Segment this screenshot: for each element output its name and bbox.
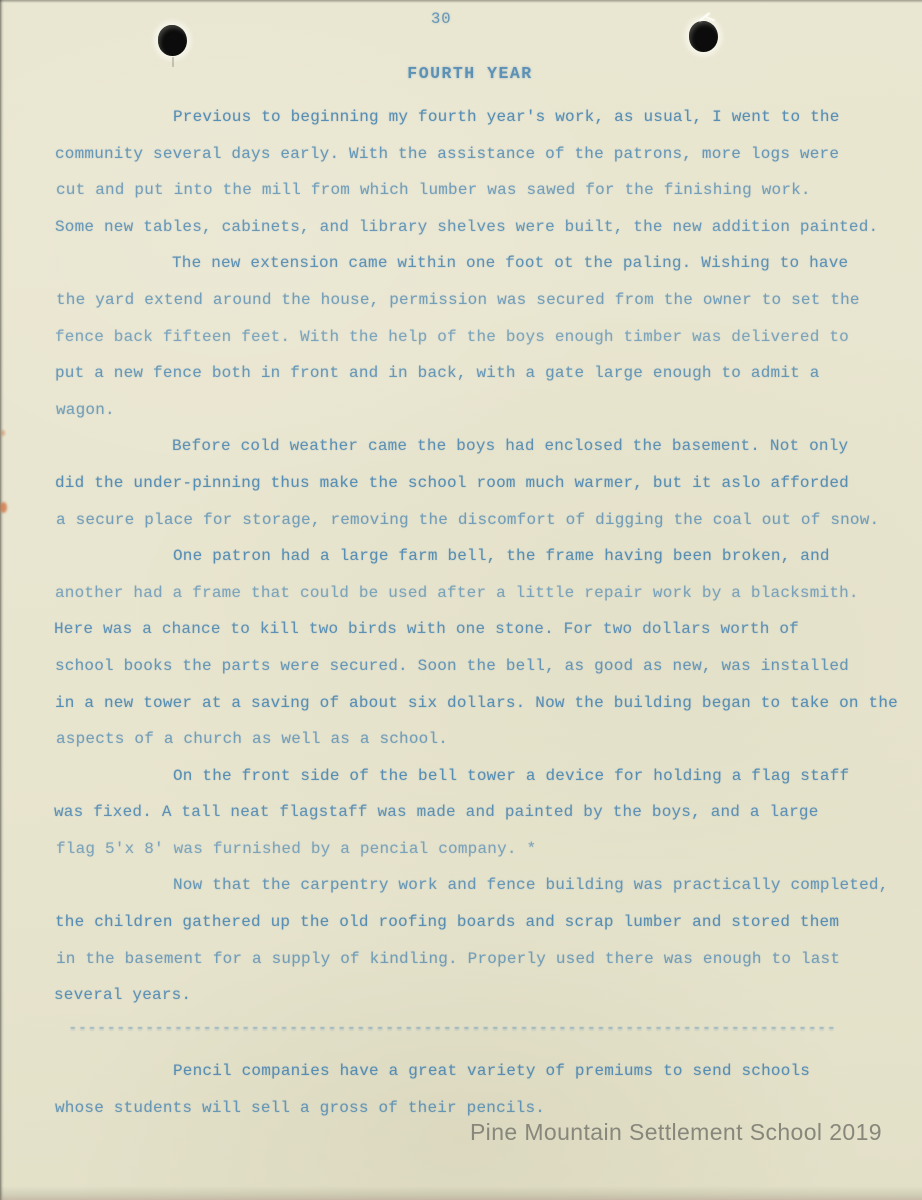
typed-line: the children gathered up the old roofing… xyxy=(55,904,915,941)
hole-punch-left xyxy=(158,25,187,56)
paper-stain xyxy=(0,502,7,513)
typed-line: another had a frame that could be used a… xyxy=(55,575,915,612)
archive-watermark: Pine Mountain Settlement School 2019 xyxy=(470,1119,882,1146)
page-title: FOURTH YEAR xyxy=(407,64,532,83)
typed-line: several years. xyxy=(54,977,914,1014)
typed-line: Some new tables, cabinets, and library s… xyxy=(55,209,915,246)
footnote-line: Pencil companies have a great variety of… xyxy=(55,1053,915,1090)
hole-punch-right xyxy=(689,21,718,52)
typed-line: The new extension came within one foot o… xyxy=(54,245,914,282)
typed-line: Before cold weather came the boys had en… xyxy=(54,428,914,465)
typed-line: school books the parts were secured. Soo… xyxy=(55,648,915,685)
typed-line: community several days early. With the a… xyxy=(55,136,915,173)
scan-edge-bottom xyxy=(0,1186,922,1200)
footnote-text: Pencil companies have a great variety of… xyxy=(55,1053,915,1127)
typed-line: in the basement for a supply of kindling… xyxy=(56,941,916,978)
scan-edge-left xyxy=(0,0,4,1200)
typed-line: On the front side of the bell tower a de… xyxy=(55,758,915,795)
scanned-document-page: 30 FOURTH YEAR Previous to beginning my … xyxy=(0,0,922,1200)
page-number: 30 xyxy=(431,10,452,28)
separator-line: ----------------------------------------… xyxy=(68,1019,868,1037)
typed-line: a secure place for storage, removing the… xyxy=(56,502,916,539)
typed-line: the yard extend around the house, permis… xyxy=(56,282,916,319)
typed-line: One patron had a large farm bell, the fr… xyxy=(55,538,915,575)
typed-line: put a new fence both in front and in bac… xyxy=(55,355,915,392)
typed-line: flag 5'x 8' was furnished by a pencial c… xyxy=(56,831,916,868)
typed-line: Now that the carpentry work and fence bu… xyxy=(55,867,915,904)
typed-line: did the under-pinning thus make the scho… xyxy=(55,465,915,502)
typed-line: Previous to beginning my fourth year's w… xyxy=(55,99,915,136)
scan-edge-top xyxy=(0,0,922,3)
paper-stain xyxy=(1,430,5,436)
typed-line: wagon. xyxy=(56,392,916,429)
typed-line: Here was a chance to kill two birds with… xyxy=(54,611,914,648)
typed-body-text: Previous to beginning my fourth year's w… xyxy=(55,99,915,1014)
typed-line: aspects of a church as well as a school. xyxy=(56,721,916,758)
typed-line: in a new tower at a saving of about six … xyxy=(55,685,915,722)
typed-line: cut and put into the mill from which lum… xyxy=(56,172,916,209)
typed-line: fence back fifteen feet. With the help o… xyxy=(55,319,915,356)
typed-line: was fixed. A tall neat flagstaff was mad… xyxy=(54,794,914,831)
